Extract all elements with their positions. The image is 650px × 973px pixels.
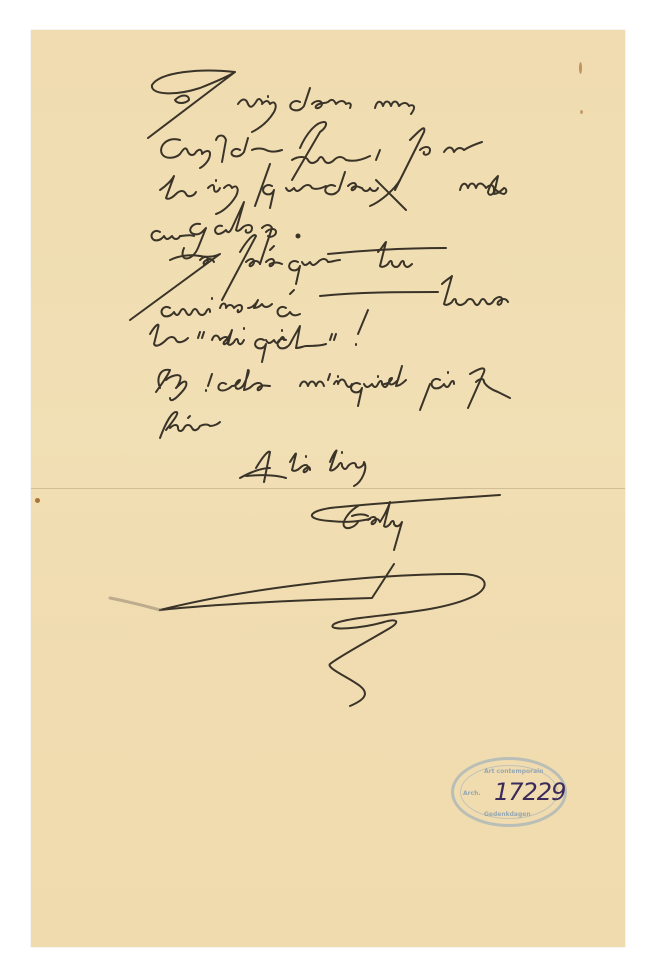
stamp-number: 17229: [494, 778, 565, 806]
archive-stamp: Art contemporain Arch. 17229 Gedenkdagen: [451, 757, 567, 827]
stamp-top-text: Art contemporain: [484, 768, 543, 775]
stamp-left-text: Arch.: [463, 790, 481, 797]
handwriting-ink: [0, 0, 650, 973]
stamp-bottom-text: Gedenkdagen: [484, 811, 531, 818]
